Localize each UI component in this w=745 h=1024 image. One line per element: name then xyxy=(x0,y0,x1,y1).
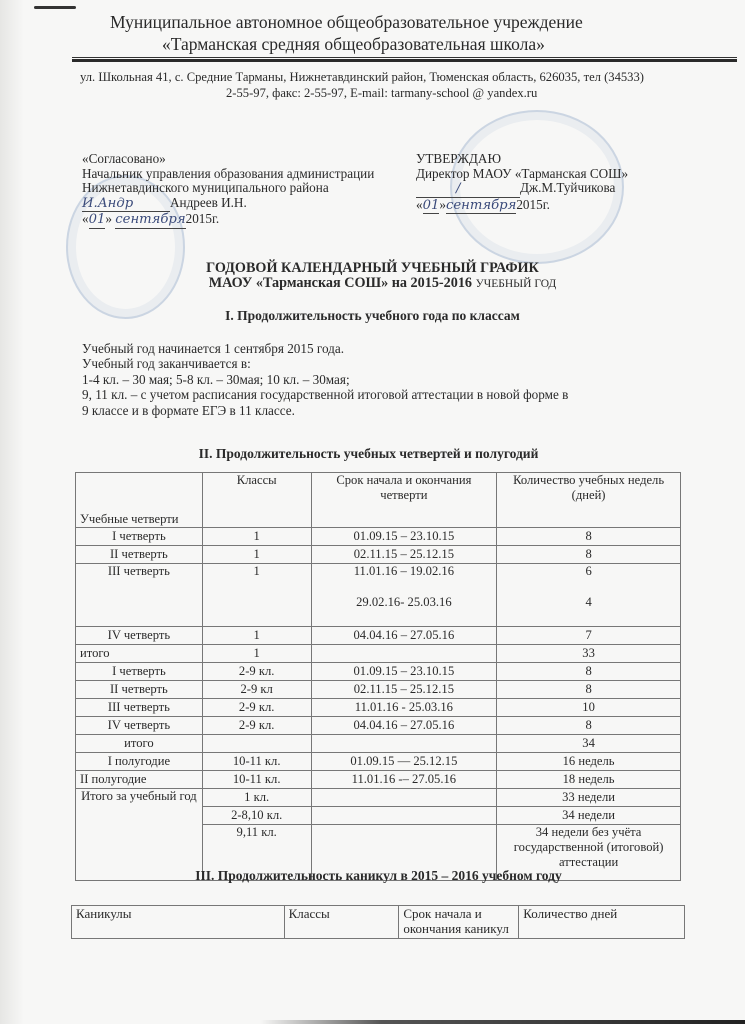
address-line2: 2-55-97, факс: 2-55-97, E-mail: tarmany-… xyxy=(226,86,537,101)
header-cell-classes: Классы xyxy=(202,473,311,528)
agreed-district: Нижнетавдинского муниципального района xyxy=(82,181,374,196)
year-total-label: Итого за учебный год xyxy=(76,789,203,881)
section1-line: 9 классе и в формате ЕГЭ в 11 классе. xyxy=(82,403,642,418)
approved-date-month: сентября xyxy=(446,199,516,215)
scan-corner-mark xyxy=(34,6,76,9)
header-cell-vacation: Каникулы xyxy=(72,906,285,939)
header-cell-dates: Срок начала и окончания четверти xyxy=(311,473,497,528)
approved-signer-name: Дж.М.Туйчикова xyxy=(520,180,615,195)
header-cell-days: Количество дней xyxy=(519,906,685,939)
agreed-signature: И.Андр xyxy=(82,196,170,213)
approval-block-agreed: «Согласовано» Начальник управления образ… xyxy=(82,152,374,229)
approval-block-approved: УТВЕРЖДАЮ Директор МАОУ «Тарманская СОШ»… xyxy=(416,152,628,214)
letterhead-rule-thin xyxy=(72,57,737,58)
table-row-year-total: Итого за учебный год 1 кл. 33 недели xyxy=(76,789,681,807)
table-row: IV четверть 1 04.04.16 – 27.05.16 7 xyxy=(76,627,681,645)
approved-signature-line: /Дж.М.Туйчикова xyxy=(416,181,628,198)
table-row-total: итого 34 xyxy=(76,735,681,753)
table-row: II четверть 1 02.11.15 – 25.12.15 8 xyxy=(76,546,681,564)
agreed-date-year: 2015г. xyxy=(186,211,220,226)
org-name-line1: Муниципальное автономное общеобразовател… xyxy=(110,12,583,33)
agreed-date: «01» сентября2015г. xyxy=(82,212,374,229)
scan-bottom-edge xyxy=(260,1020,745,1024)
org-name-line2: «Тарманская средняя общеобразовательная … xyxy=(162,34,545,55)
table-row: II четверть 2-9 кл 02.11.15 – 25.12.15 8 xyxy=(76,681,681,699)
section1-line: Учебный год заканчивается в: xyxy=(82,356,642,371)
approved-signature: / xyxy=(416,181,520,198)
table-row: II полугодие 10-11 кл. 11.01.16 -– 27.05… xyxy=(76,771,681,789)
approved-date: «01»сентября2015г. xyxy=(416,198,628,215)
agreed-date-day: 01 xyxy=(89,213,106,229)
section1-line: Учебный год начинается 1 сентября 2015 г… xyxy=(82,341,642,356)
section1-line: 1-4 кл. – 30 мая; 5-8 кл. – 30мая; 10 кл… xyxy=(82,372,642,387)
agreed-position: Начальник управления образования админис… xyxy=(82,167,374,182)
vacations-table: Каникулы Классы Срок начала и окончания … xyxy=(71,905,685,939)
letterhead-rule-thick xyxy=(72,59,737,62)
table-header-row: Каникулы Классы Срок начала и окончания … xyxy=(72,906,685,939)
table-row: III четверть 2-9 кл. 11.01.16 - 25.03.16… xyxy=(76,699,681,717)
document-subtitle: МАОУ «Тарманская СОШ» на 2015-2016 УЧЕБН… xyxy=(10,275,745,292)
header-cell-dates: Срок начала и окончания каникул xyxy=(399,906,519,939)
table-row: I четверть 1 01.09.15 – 23.10.15 8 xyxy=(76,528,681,546)
header-cell-period: Учебные четверти xyxy=(76,473,203,528)
section1-title: I. Продолжительность учебного года по кл… xyxy=(0,308,745,324)
table-row: I четверть 2-9 кл. 01.09.15 – 23.10.15 8 xyxy=(76,663,681,681)
section1-line: 9, 11 кл. – с учетом расписания государс… xyxy=(82,387,642,402)
table-row: III четверть 1 11.01.16 – 19.02.16 29.02… xyxy=(76,564,681,627)
table-header-row: Учебные четверти Классы Срок начала и ок… xyxy=(76,473,681,528)
quarters-table: Учебные четверти Классы Срок начала и ок… xyxy=(75,472,681,881)
document-subtitle-year-label: УЧЕБНЫЙ ГОД xyxy=(476,278,557,290)
table-row: IV четверть 2-9 кл. 04.04.16 – 27.05.16 … xyxy=(76,717,681,735)
agreed-label: «Согласовано» xyxy=(82,152,374,167)
table-row: I полугодие 10-11 кл. 01.09.15 — 25.12.1… xyxy=(76,753,681,771)
section3-title: III. Продолжительность каникул в 2015 – … xyxy=(6,868,745,884)
agreed-signer-name: Андреев И.Н. xyxy=(170,195,247,210)
section1-text: Учебный год начинается 1 сентября 2015 г… xyxy=(82,341,642,418)
header-cell-classes: Классы xyxy=(284,906,399,939)
section2-title: II. Продолжительность учебных четвертей … xyxy=(0,446,741,462)
header-cell-weeks: Количество учебных недель (дней) xyxy=(497,473,681,528)
approved-date-day: 01 xyxy=(423,199,440,215)
approved-position: Директор МАОУ «Тарманская СОШ» xyxy=(416,167,628,182)
address-line1: ул. Школьная 41, с. Средние Тарманы, Ниж… xyxy=(80,70,644,85)
approved-date-year: 2015г. xyxy=(516,197,550,212)
agreed-date-month: сентября xyxy=(115,213,185,229)
approved-label: УТВЕРЖДАЮ xyxy=(416,152,628,167)
table-row-total: итого 1 33 xyxy=(76,645,681,663)
agreed-signature-line: И.АндрАндреев И.Н. xyxy=(82,196,374,213)
